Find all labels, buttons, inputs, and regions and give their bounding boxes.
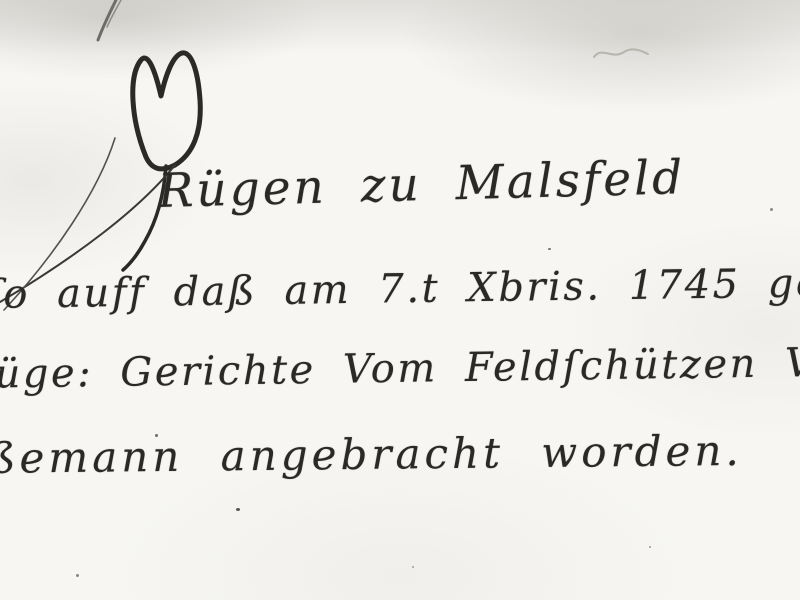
ink-speck: [412, 566, 414, 568]
body-line-3: ißemann angebracht worden.: [0, 426, 743, 483]
stray-pen-stroke: [94, 0, 128, 44]
ink-speck: [770, 208, 773, 211]
ink-speck: [76, 574, 79, 577]
ink-speck: [548, 248, 551, 250]
ink-speck: [649, 546, 651, 548]
ink-speck: [236, 508, 240, 511]
ink-speck: [155, 434, 158, 437]
manuscript-scan-page: Rügen zu Malsfeld ſo auff daß am 7.t Xbr…: [0, 0, 800, 600]
faint-ink-squiggle: [592, 42, 654, 66]
body-line-2: Rüge: Gerichte Vom Feldſchützen Valen: [0, 339, 800, 398]
